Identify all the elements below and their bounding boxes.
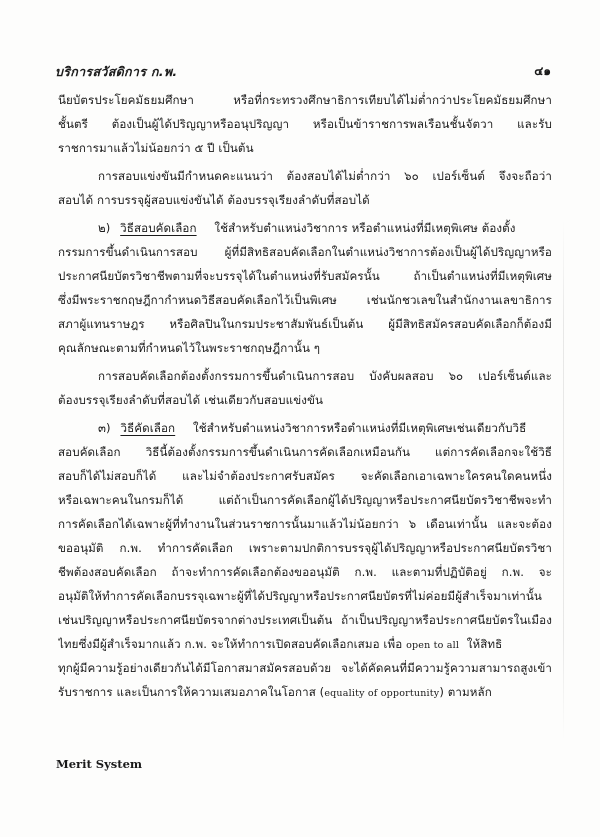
text-line: ขออนุมัติ ก.พ. ทำการคัดเลือก เพราะตามปกต…: [58, 536, 552, 560]
text-span: ใช้สำหรับตำแหน่งวิชาการ หรือตำแหน่งที่มี…: [214, 221, 515, 235]
text-line: ซึ่งมีพระราชกฤษฎีกากำหนดวิธีสอบคัดเลือกไ…: [58, 288, 552, 312]
page-number: ๔๑: [534, 62, 551, 81]
latin-phrase: equality of opportunity: [324, 688, 439, 699]
list-marker: ๒): [98, 221, 110, 235]
running-header: บริการสวัสดิการ ก.พ. ๔๑: [55, 62, 555, 82]
text-line: ไทยซึ่งมีผู้สำเร็จมากแล้ว ก.พ. จะให้ทำกา…: [58, 632, 552, 656]
text-line: ๓) วิธีคัดเลือก ใช้สำหรับตำแหน่งวิชาการห…: [58, 416, 552, 440]
header-title: บริการสวัสดิการ ก.พ.: [55, 62, 177, 82]
text-span: ให้สิทธิ: [467, 637, 503, 651]
scanned-document-page: บริการสวัสดิการ ก.พ. ๔๑ นียบัตรประโยคมัธ…: [0, 0, 600, 837]
text-line: สอบก็ได้ไม่สอบก็ได้ และไม่จำต้องประกาศรั…: [58, 464, 552, 488]
text-line: ต้องบรรจุเรียงลำดับที่สอบได้ เช่นเดียวกั…: [58, 388, 552, 412]
text-span: ไทยซึ่งมีผู้สำเร็จมากแล้ว ก.พ. จะให้ทำกา…: [58, 637, 402, 651]
text-line: เช่นปริญญาหรือประกาศนียบัตรจากต่างประเทศ…: [58, 608, 552, 632]
text-line: คุณลักษณะตามที่กำหนดไว้ในพระราชกฤษฎีกานั…: [58, 336, 552, 360]
text-line: รับราชการ และเป็นการให้ความเสมอภาคในโอกา…: [58, 680, 552, 704]
text-line: อนุมัติให้ทำการคัดเลือกบรรจุเฉพาะผู้ที่ไ…: [58, 584, 552, 608]
text-line: ชั้นตรี ต้องเป็นผู้ได้ปริญญาหรืออนุปริญญ…: [58, 112, 552, 136]
text-line: การสอบแข่งขันมีกำหนดคะแนนว่า ต้องสอบได้ไ…: [58, 164, 552, 188]
list-item-2: ๒) วิธีสอบคัดเลือก ใช้สำหรับตำแหน่งวิชาก…: [58, 216, 552, 360]
defined-term: วิธีคัดเลือก: [120, 421, 175, 435]
paragraph-continuation: นียบัตรประโยคมัธยมศึกษา หรือที่กระทรวงศึ…: [58, 88, 552, 160]
paragraph-exam-criteria: การสอบแข่งขันมีกำหนดคะแนนว่า ต้องสอบได้ไ…: [58, 164, 552, 212]
text-line: ชีพต้องสอบคัดเลือก ถ้าจะทำการคัดเลือกต้อ…: [58, 560, 552, 584]
latin-phrase: open to all: [406, 640, 459, 651]
text-span: ใช้สำหรับตำแหน่งวิชาการหรือตำแหน่งที่มีเ…: [193, 421, 526, 435]
text-line: กรรมการขึ้นดำเนินการสอบ ผู้ที่มีสิทธิสอบ…: [58, 240, 552, 264]
text-line: สอบคัดเลือก วิธีนี้ต้องตั้งกรรมการขึ้นดำ…: [58, 440, 552, 464]
text-line: ราชการมาแล้วไม่น้อยกว่า ๕ ปี เป็นต้น: [58, 136, 552, 160]
scan-artifact-edge: [563, 220, 564, 740]
defined-term: วิธีสอบคัดเลือก: [120, 221, 196, 235]
text-line: ทุกผู้มีความรู้อย่างเดียวกันได้มีโอกาสมา…: [58, 656, 552, 680]
text-span: รับราชการ และเป็นการให้ความเสมอภาคในโอกา…: [58, 685, 324, 699]
text-line: นียบัตรประโยคมัธยมศึกษา หรือที่กระทรวงศึ…: [58, 88, 552, 112]
text-line: สภาผู้แทนราษฎร หรือศิลปินในกรมประชาสัมพั…: [58, 312, 552, 336]
text-line: หรือเฉพาะคนในกรมก็ได้ แต่ถ้าเป็นการคัดเล…: [58, 488, 552, 512]
body-text: นียบัตรประโยคมัธยมศึกษา หรือที่กระทรวงศึ…: [58, 88, 552, 704]
merit-system-label: Merit System: [56, 757, 142, 771]
text-line: สอบได้ การบรรจุผู้สอบแข่งขันได้ ต้องบรรจ…: [58, 188, 552, 212]
text-line: ๒) วิธีสอบคัดเลือก ใช้สำหรับตำแหน่งวิชาก…: [58, 216, 552, 240]
text-span: ) ตามหลัก: [439, 685, 491, 699]
text-line: การคัดเลือกได้เฉพาะผู้ที่ทำงานในส่วนราชก…: [58, 512, 552, 536]
list-item-3: ๓) วิธีคัดเลือก ใช้สำหรับตำแหน่งวิชาการห…: [58, 416, 552, 704]
text-line: ประกาศนียบัตรวิชาชีพตามที่จะบรรจุได้ในตำ…: [58, 264, 552, 288]
text-line: การสอบคัดเลือกต้องตั้งกรรมการขึ้นดำเนินก…: [58, 364, 552, 388]
list-marker: ๓): [98, 421, 111, 435]
paragraph-selection-exam: การสอบคัดเลือกต้องตั้งกรรมการขึ้นดำเนินก…: [58, 364, 552, 412]
